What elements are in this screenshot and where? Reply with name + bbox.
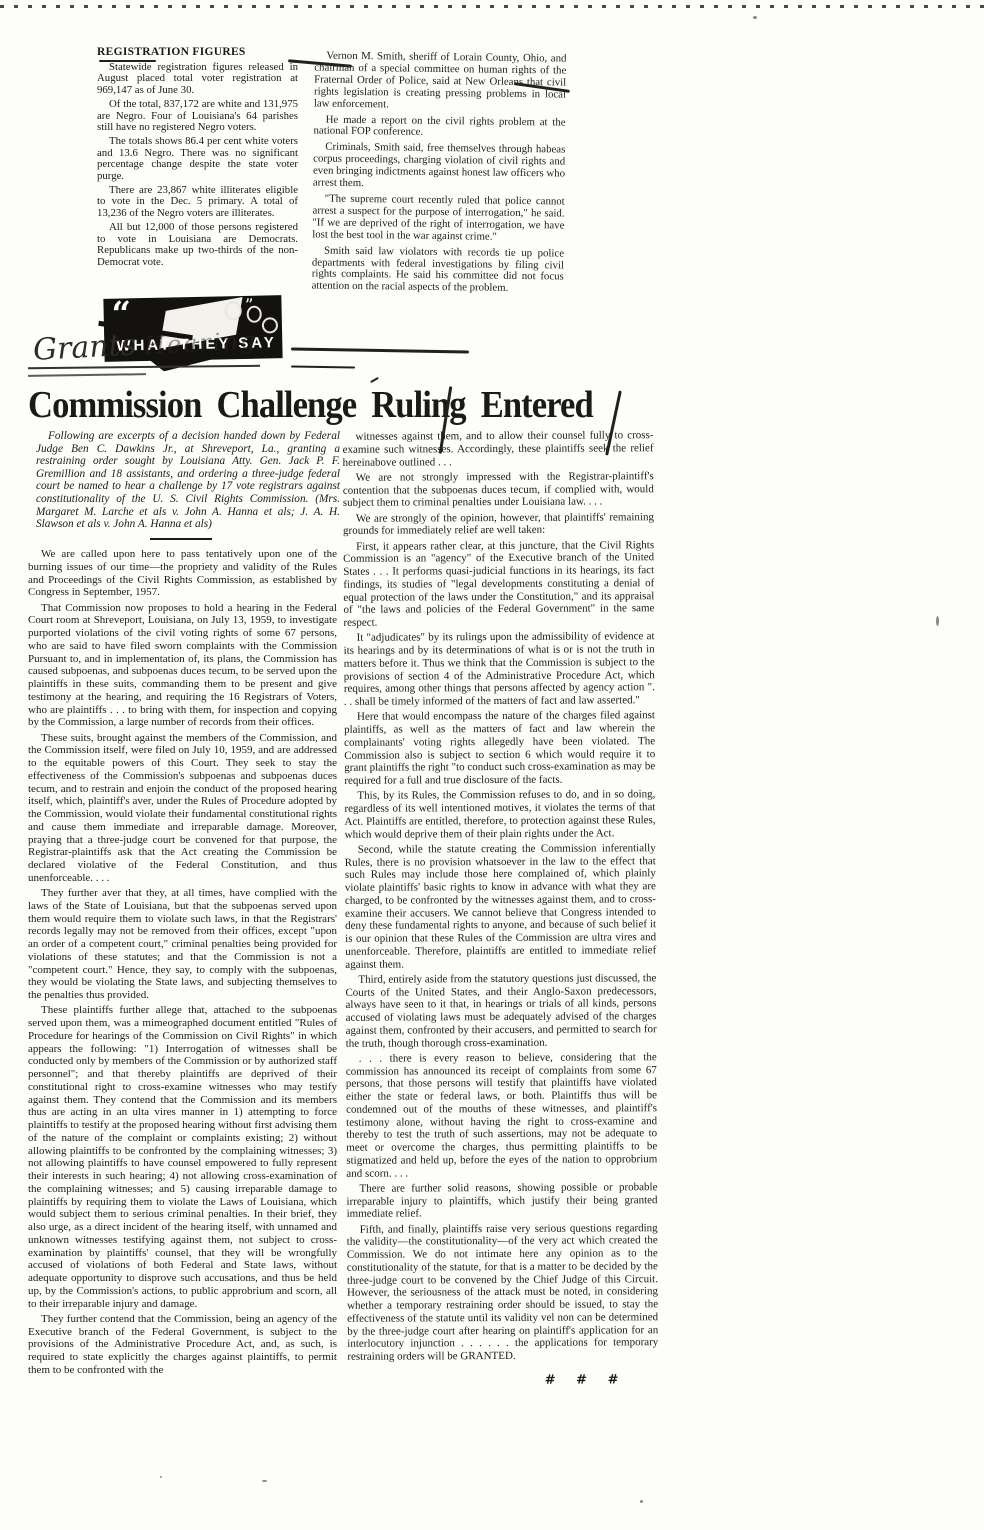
smith-paragraph: Smith said law violators with records ti…	[312, 245, 565, 296]
article-paragraph: That Commission now proposes to hold a h…	[28, 602, 337, 730]
article-paragraph: Fifth, and finally, plaintiffs raise ver…	[347, 1222, 659, 1364]
annotation-underline	[28, 373, 146, 377]
title-underline-stroke	[99, 60, 156, 62]
registration-title: REGISTRATION FIGURES	[97, 46, 298, 58]
smith-paragraph: Criminals, Smith said, free themselves t…	[313, 142, 566, 193]
end-mark: # # #	[347, 1372, 658, 1389]
article-paragraph: Third, entirely aside from the statutory…	[345, 972, 656, 1050]
article-paragraph: They further aver that they, at all time…	[28, 887, 337, 1002]
torn-edge-dots	[0, 5, 984, 8]
smith-article: Vernon M. Smith, sheriff of Lorain Count…	[312, 50, 567, 299]
article-paragraph: We are called upon here to pass tentativ…	[28, 548, 337, 599]
registration-paragraph: All but 12,000 of those persons register…	[97, 222, 298, 268]
article-paragraph: It "adjudicates" by its rulings upon the…	[344, 630, 655, 708]
article-paragraph: This, by its Rules, the Commission refus…	[344, 788, 655, 841]
pen-stroke	[291, 347, 469, 353]
registration-article: REGISTRATION FIGURES Statewide registrat…	[97, 46, 298, 271]
face-icon	[224, 301, 241, 320]
face-icon	[262, 317, 278, 333]
article-paragraph: These plaintiffs further allege that, at…	[28, 1004, 337, 1310]
main-headline: Commission Challenge Ruling Entered	[28, 383, 593, 427]
scan-speck	[160, 1476, 162, 1478]
registration-paragraph: Of the total, 837,172 are white and 131,…	[97, 99, 298, 133]
registration-paragraph: There are 23,867 white illiterates eligi…	[97, 185, 298, 219]
intro-divider	[150, 538, 212, 540]
article-left-column: We are called upon here to pass tentativ…	[28, 548, 337, 1379]
annotation-word: Grants	[32, 328, 137, 368]
article-paragraph: We are not strongly impressed with the R…	[343, 470, 654, 510]
article-paragraph: Here that would encompass the nature of …	[344, 709, 655, 787]
article-paragraph: They further contend that the Commission…	[28, 1313, 337, 1377]
annotation-word: Hearing	[143, 326, 258, 360]
page: REGISTRATION FIGURES Statewide registrat…	[0, 0, 984, 1530]
scan-speck	[936, 616, 939, 626]
close-quote-icon: ”	[245, 296, 254, 316]
smith-paragraph: "The supreme court recently ruled that p…	[312, 193, 565, 244]
registration-paragraph: Statewide registration figures released …	[97, 62, 298, 96]
article-paragraph: We are strongly of the opinion, however,…	[343, 511, 654, 538]
pen-stroke	[291, 365, 355, 368]
smith-paragraph: Vernon M. Smith, sheriff of Lorain Count…	[314, 50, 567, 113]
article-right-column: witnesses against them, and to allow the…	[342, 429, 658, 1388]
scan-speck	[262, 1480, 267, 1482]
article-paragraph: These suits, brought against the members…	[28, 732, 337, 885]
article-paragraph: . . . there is every reason to believe, …	[346, 1051, 658, 1180]
handwritten-annotation: GrantsHearing	[32, 321, 258, 368]
registration-paragraph: The totals shows 86.4 per cent white vot…	[97, 136, 298, 182]
article-paragraph: There are further solid reasons, showing…	[346, 1181, 657, 1221]
scan-speck	[753, 16, 757, 19]
scan-speck	[640, 1500, 643, 1503]
article-paragraph: First, it appears rather clear, at this …	[343, 539, 654, 630]
smith-paragraph: He made a report on the civil rights pro…	[313, 114, 565, 141]
article-paragraph: Second, while the statute creating the C…	[345, 842, 657, 971]
intro-paragraph: Following are excerpts of a decision han…	[36, 430, 340, 531]
